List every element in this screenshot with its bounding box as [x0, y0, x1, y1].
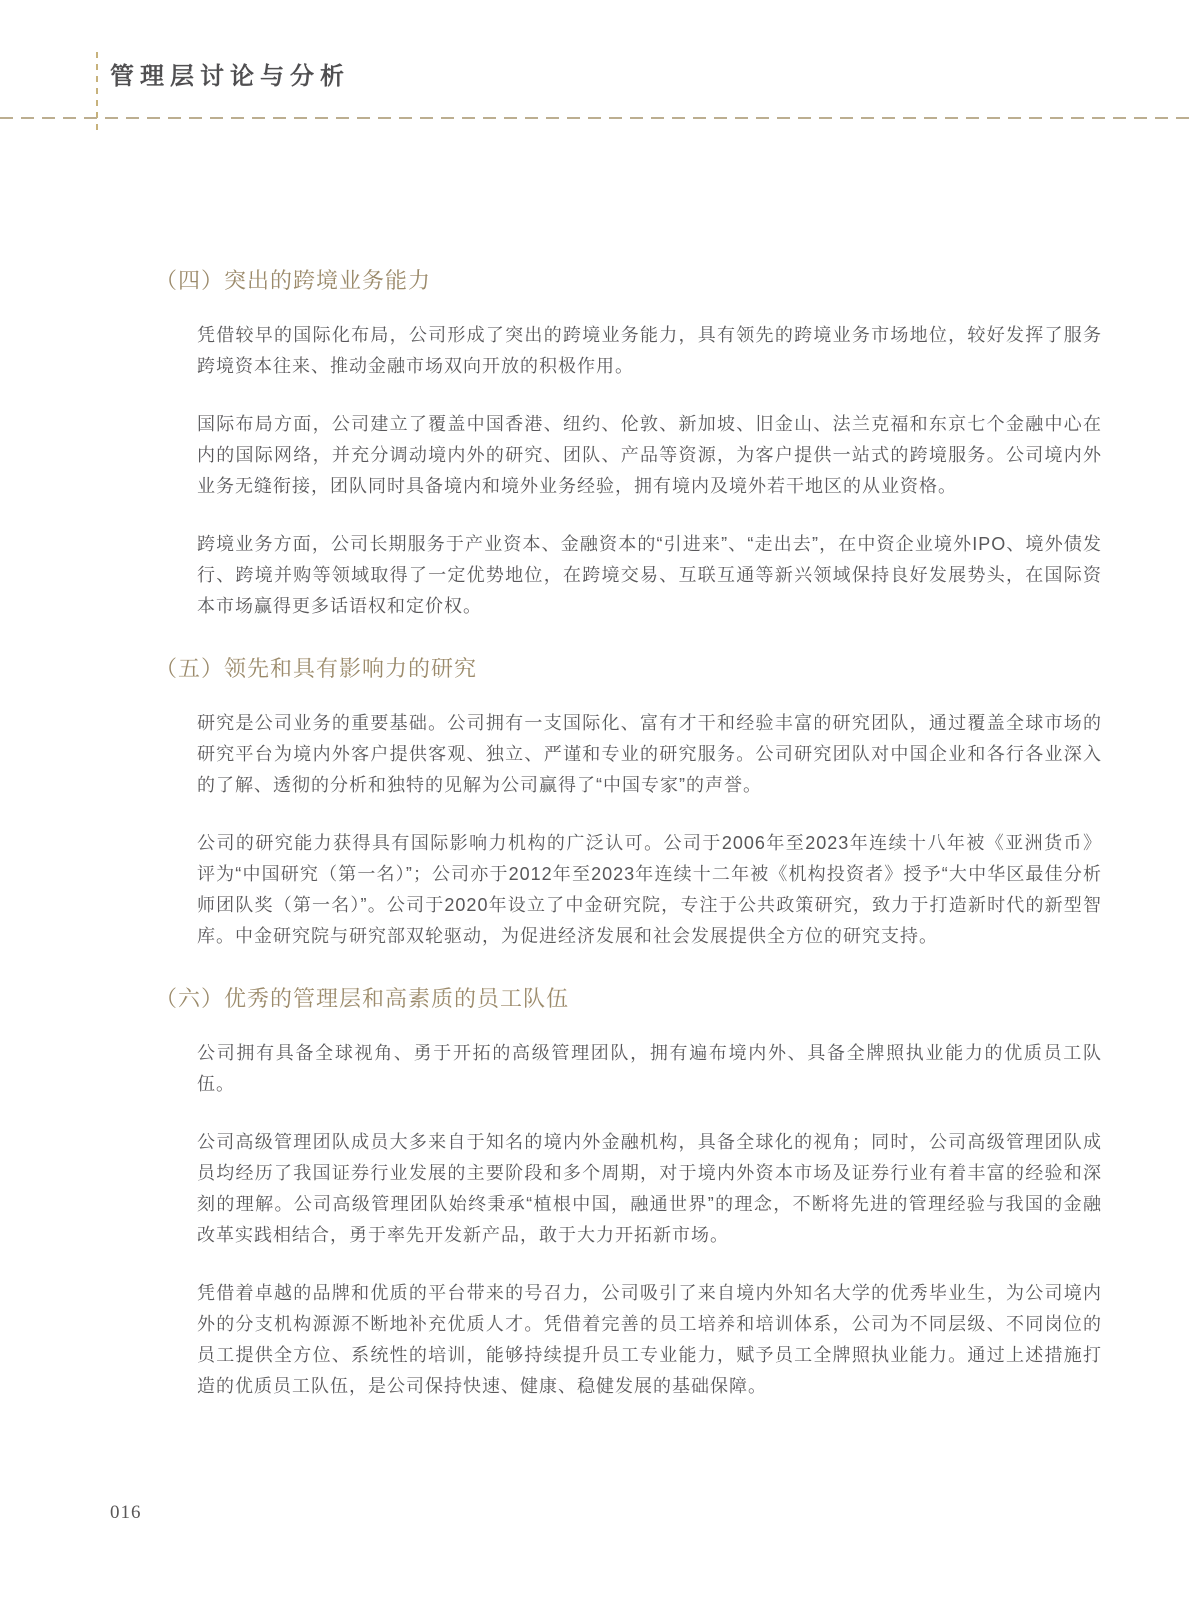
- header-vertical-dash-line: [96, 52, 98, 136]
- paragraph: 跨境业务方面，公司长期服务于产业资本、金融资本的“引进来”、“走出去”，在中资企…: [155, 529, 1102, 622]
- document-header-title: 管理层讨论与分析: [110, 56, 350, 91]
- section-heading: （六）优秀的管理层和高素质的员工队伍: [155, 984, 1102, 1014]
- page-number: 016: [110, 1502, 142, 1524]
- header-horizontal-dash-line: [0, 117, 1190, 119]
- paragraph: 公司拥有具备全球视角、勇于开拓的高级管理团队，拥有遍布境内外、具备全牌照执业能力…: [155, 1038, 1102, 1100]
- paragraph: 凭借较早的国际化布局，公司形成了突出的跨境业务能力，具有领先的跨境业务市场地位，…: [155, 320, 1102, 382]
- paragraph: 研究是公司业务的重要基础。公司拥有一支国际化、富有才干和经验丰富的研究团队，通过…: [155, 708, 1102, 801]
- section-heading: （五）领先和具有影响力的研究: [155, 654, 1102, 684]
- section-6-management-and-staff: （六）优秀的管理层和高素质的员工队伍 公司拥有具备全球视角、勇于开拓的高级管理团…: [155, 984, 1102, 1402]
- section-4-cross-border-capability: （四）突出的跨境业务能力 凭借较早的国际化布局，公司形成了突出的跨境业务能力，具…: [155, 266, 1102, 622]
- paragraph: 凭借着卓越的品牌和优质的平台带来的号召力，公司吸引了来自境内外知名大学的优秀毕业…: [155, 1278, 1102, 1402]
- document-page: 管理层讨论与分析 （四）突出的跨境业务能力 凭借较早的国际化布局，公司形成了突出…: [0, 0, 1190, 1615]
- section-heading: （四）突出的跨境业务能力: [155, 266, 1102, 296]
- paragraph: 国际布局方面，公司建立了覆盖中国香港、纽约、伦敦、新加坡、旧金山、法兰克福和东京…: [155, 409, 1102, 502]
- paragraph: 公司高级管理团队成员大多来自于知名的境内外金融机构，具备全球化的视角；同时，公司…: [155, 1127, 1102, 1251]
- section-5-leading-research: （五）领先和具有影响力的研究 研究是公司业务的重要基础。公司拥有一支国际化、富有…: [155, 654, 1102, 952]
- page-content: （四）突出的跨境业务能力 凭借较早的国际化布局，公司形成了突出的跨境业务能力，具…: [155, 266, 1102, 1402]
- paragraph: 公司的研究能力获得具有国际影响力机构的广泛认可。公司于2006年至2023年连续…: [155, 828, 1102, 952]
